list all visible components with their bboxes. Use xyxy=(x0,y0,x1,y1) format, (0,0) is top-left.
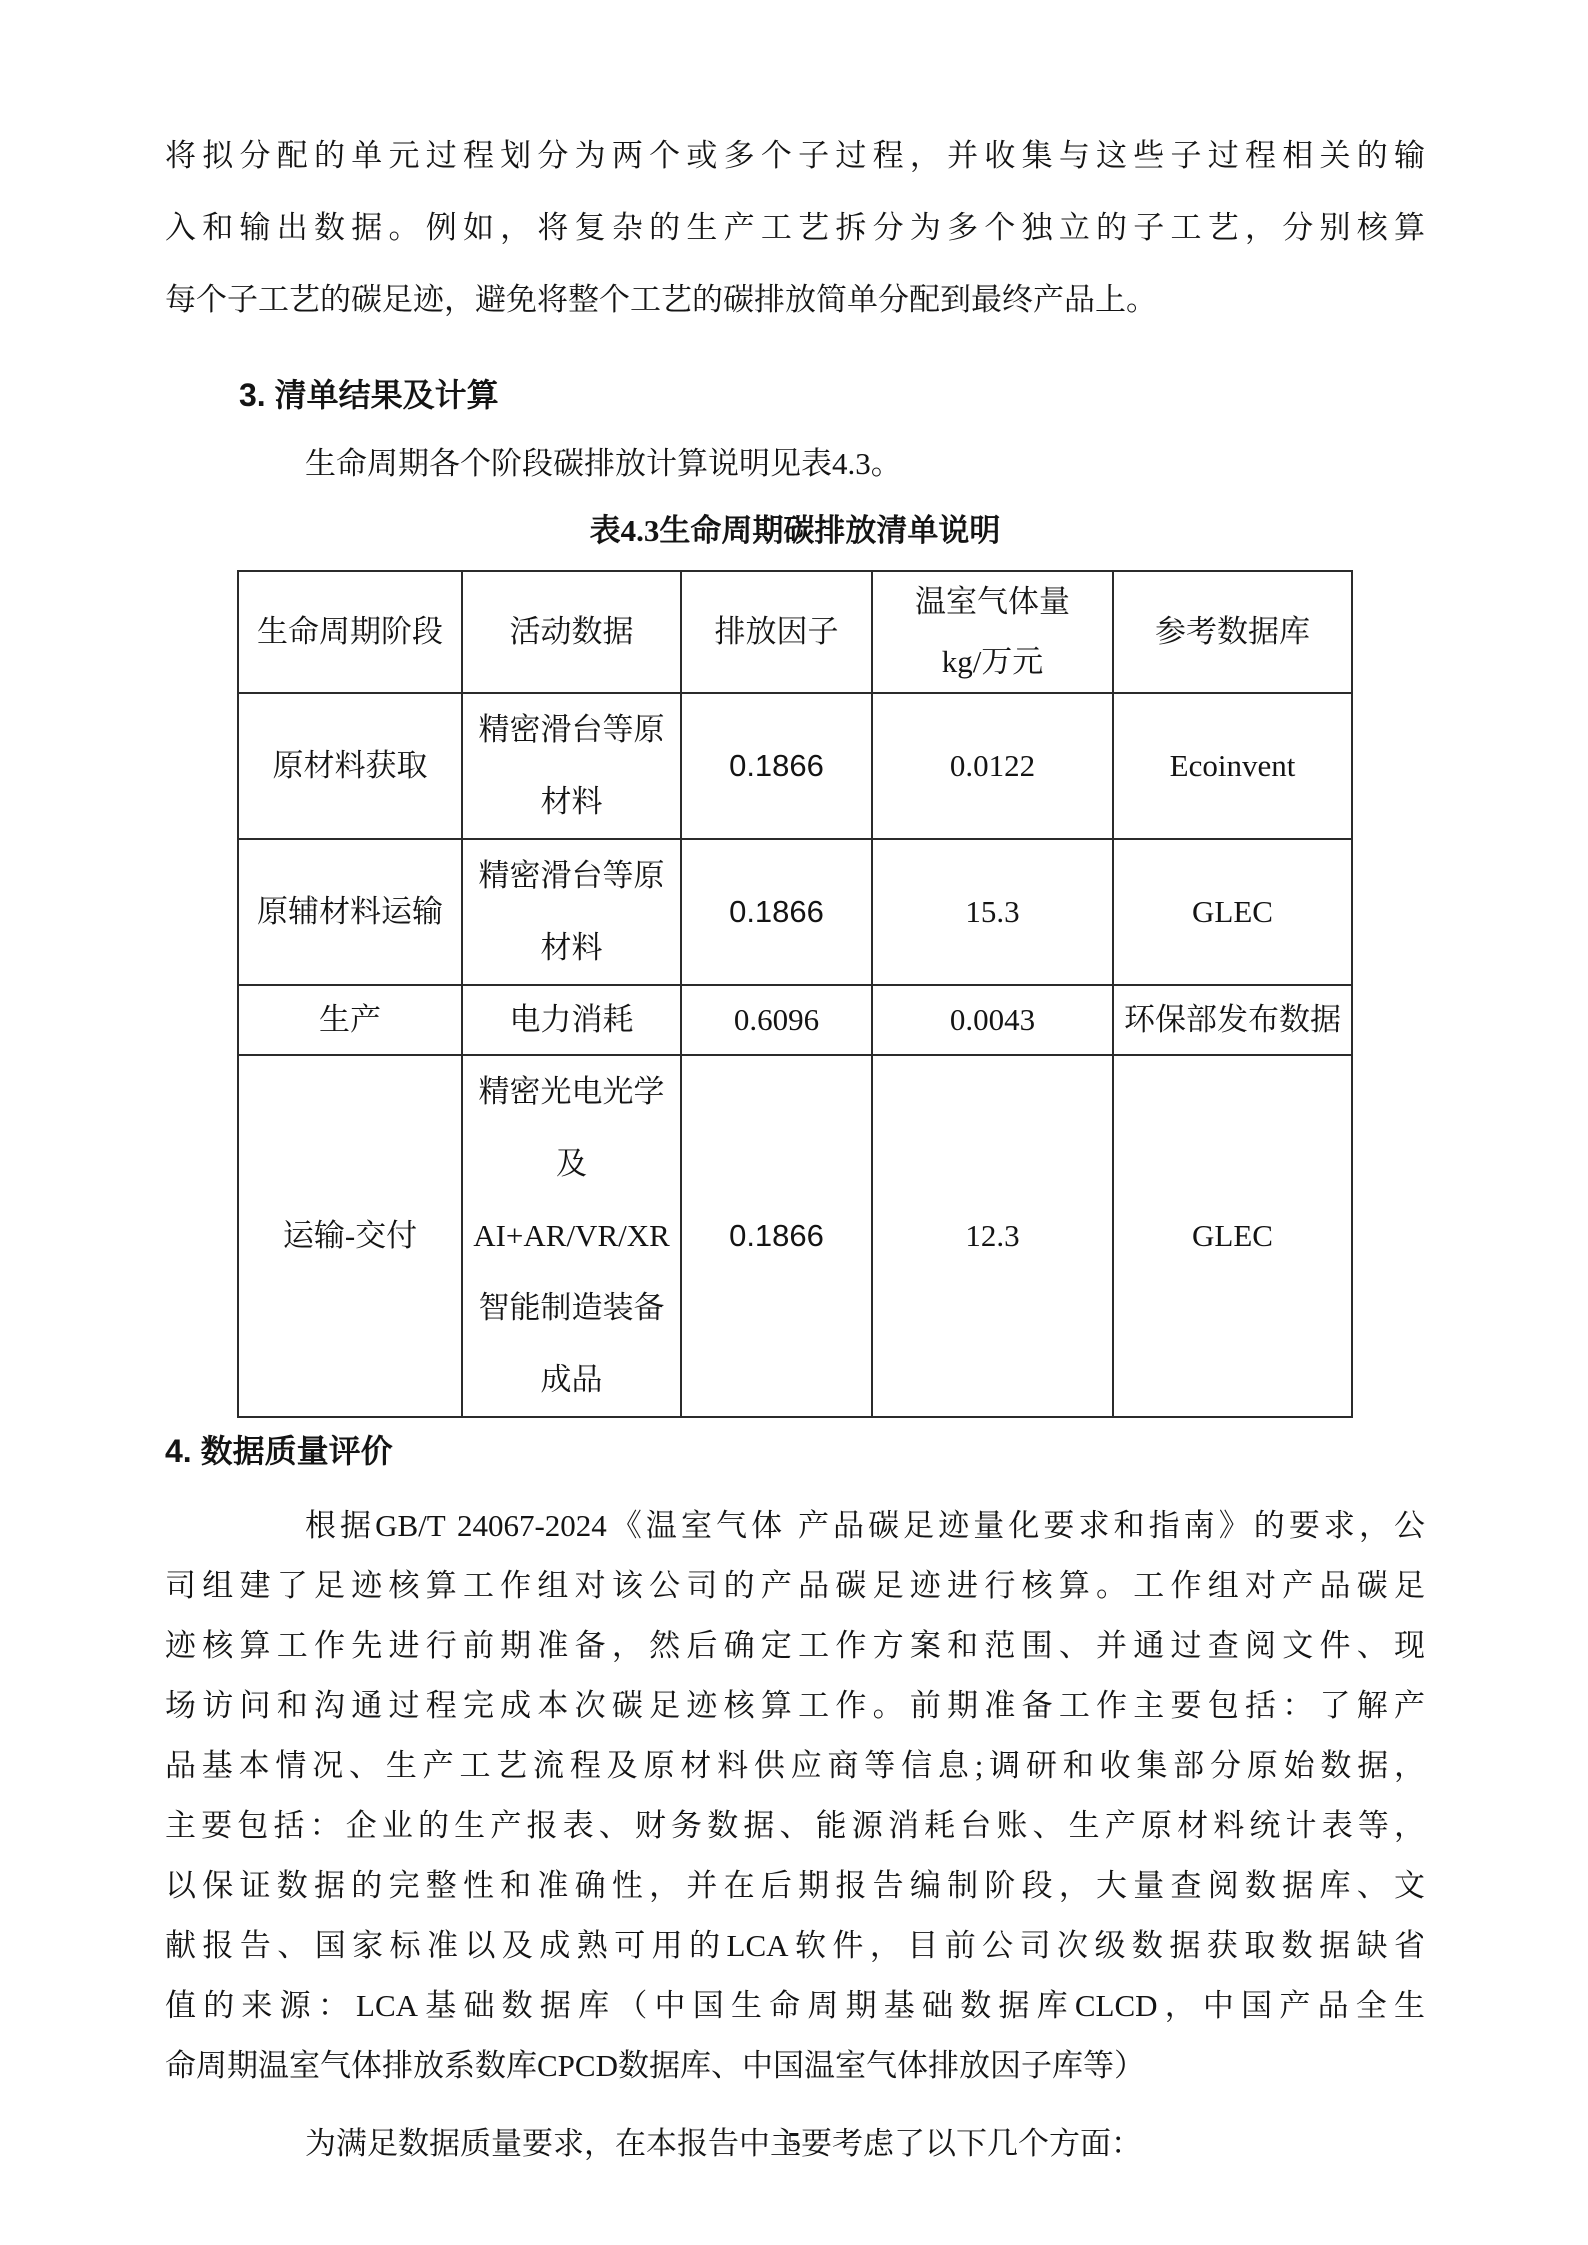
text-line: 品基本情况、生产工艺流程及原材料供应商等信息;调研和收集部分原始数据， xyxy=(165,1736,1425,1796)
table-row: 运输-交付 精密光电光学 及 AI+AR/VR/XR 智能制造装备 成品 0.1… xyxy=(238,1055,1352,1417)
cell-emission-factor: 0.1866 xyxy=(681,839,872,985)
table-row: 生产 电力消耗 0.6096 0.0043 环保部发布数据 xyxy=(238,985,1352,1055)
cell-emission-factor: 0.6096 xyxy=(681,985,872,1055)
cell-stage: 原材料获取 xyxy=(238,693,462,839)
cell-database: GLEC xyxy=(1113,839,1352,985)
text-line: 献报告、国家标准以及成熟可用的LCA软件，目前公司次级数据获取数据缺省 xyxy=(165,1916,1425,1976)
text-line: 将拟分配的单元过程划分为两个或多个子过程，并收集与这些子过程相关的输 xyxy=(165,120,1425,192)
cell-ghg-amount: 15.3 xyxy=(872,839,1113,985)
text-line: 司组建了足迹核算工作组对该公司的产品碳足迹进行核算。工作组对产品碳足 xyxy=(165,1556,1425,1616)
cell-emission-factor: 0.1866 xyxy=(681,693,872,839)
table-caption: 表4.3生命周期碳排放清单说明 xyxy=(165,506,1425,556)
cell-stage: 原辅材料运输 xyxy=(238,839,462,985)
cell-stage: 生产 xyxy=(238,985,462,1055)
cell-database: GLEC xyxy=(1113,1055,1352,1417)
col-header-lifecycle-stage: 生命周期阶段 xyxy=(238,571,462,693)
cell-stage: 运输-交付 xyxy=(238,1055,462,1417)
table-row: 原辅材料运输 精密滑台等原 材料 0.1866 15.3 GLEC xyxy=(238,839,1352,985)
document-page: 将拟分配的单元过程划分为两个或多个子过程，并收集与这些子过程相关的输 入和输出数… xyxy=(0,0,1588,2245)
text-line: 每个子工艺的碳足迹，避免将整个工艺的碳排放简单分配到最终产品上。 xyxy=(165,264,1425,336)
text-line: 入和输出数据。例如，将复杂的生产工艺拆分为多个独立的子工艺，分别核算 xyxy=(165,192,1425,264)
cell-activity: 精密光电光学 及 AI+AR/VR/XR 智能制造装备 成品 xyxy=(462,1055,681,1417)
section4-paragraph: 根据GB/T 24067-2024《温室气体 产品碳足迹量化要求和指南》的要求，… xyxy=(165,1496,1425,2096)
section4-heading: 4. 数据质量评价 xyxy=(165,1428,1425,1474)
text-line: 主要包括：企业的生产报表、财务数据、能源消耗台账、生产原材料统计表等， xyxy=(165,1796,1425,1856)
cell-ghg-amount: 0.0043 xyxy=(872,985,1113,1055)
page-number: 5 xyxy=(0,2122,1588,2162)
cell-activity: 电力消耗 xyxy=(462,985,681,1055)
text-line: 命周期温室气体排放系数库CPCD数据库、中国温室气体排放因子库等） xyxy=(165,2036,1425,2096)
text-line: 以保证数据的完整性和准确性，并在后期报告编制阶段，大量查阅数据库、文 xyxy=(165,1856,1425,1916)
cell-activity: 精密滑台等原 材料 xyxy=(462,693,681,839)
col-header-emission-factor: 排放因子 xyxy=(681,571,872,693)
section3-intro-line: 生命周期各个阶段碳排放计算说明见表4.3。 xyxy=(165,434,1425,494)
table-row: 原材料获取 精密滑台等原 材料 0.1866 0.0122 Ecoinvent xyxy=(238,693,1352,839)
col-header-activity-data: 活动数据 xyxy=(462,571,681,693)
table-header-row: 生命周期阶段 活动数据 排放因子 温室气体量 kg/万元 参考数据库 xyxy=(238,571,1352,693)
emission-inventory-table: 生命周期阶段 活动数据 排放因子 温室气体量 kg/万元 参考数据库 原材料获取… xyxy=(237,570,1353,1418)
col-header-reference-database: 参考数据库 xyxy=(1113,571,1352,693)
section3-heading: 3. 清单结果及计算 xyxy=(165,372,1425,418)
text-line: 场访问和沟通过程完成本次碳足迹核算工作。前期准备工作主要包括：了解产 xyxy=(165,1676,1425,1736)
cell-emission-factor: 0.1866 xyxy=(681,1055,872,1417)
intro-paragraph: 将拟分配的单元过程划分为两个或多个子过程，并收集与这些子过程相关的输 入和输出数… xyxy=(165,120,1425,336)
text-line: 值的来源：LCA基础数据库（中国生命周期基础数据库CLCD，中国产品全生 xyxy=(165,1976,1425,2036)
cell-activity: 精密滑台等原 材料 xyxy=(462,839,681,985)
col-header-ghg-amount: 温室气体量 kg/万元 xyxy=(872,571,1113,693)
cell-database: 环保部发布数据 xyxy=(1113,985,1352,1055)
page-content: 将拟分配的单元过程划分为两个或多个子过程，并收集与这些子过程相关的输 入和输出数… xyxy=(165,0,1425,2174)
cell-database: Ecoinvent xyxy=(1113,693,1352,839)
text-line: 根据GB/T 24067-2024《温室气体 产品碳足迹量化要求和指南》的要求，… xyxy=(165,1496,1425,1556)
text-line: 迹核算工作先进行前期准备，然后确定工作方案和范围、并通过查阅文件、现 xyxy=(165,1616,1425,1676)
cell-ghg-amount: 12.3 xyxy=(872,1055,1113,1417)
cell-ghg-amount: 0.0122 xyxy=(872,693,1113,839)
